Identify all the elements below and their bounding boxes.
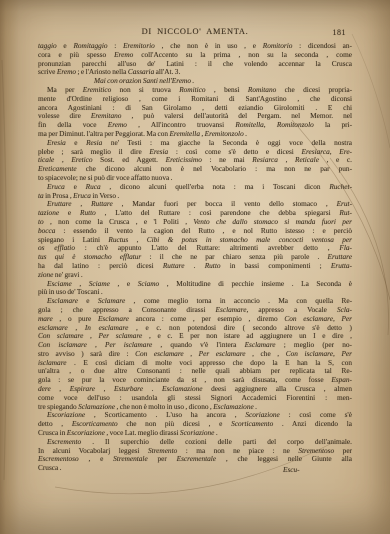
- text-line: Escrementoso , e Strementale per Escreme…: [38, 455, 352, 464]
- book-page-scan: DI NICCOLO' AMENTA. 181 taggio e Romitag…: [0, 0, 390, 534]
- page-header: DI NICCOLO' AMENTA. 181: [38, 27, 352, 39]
- paragraph: taggio e Romitaggio : Eremitorio , che n…: [38, 42, 352, 77]
- textblock: taggio e Romitaggio : Eremitorio , che n…: [38, 42, 352, 473]
- paragraph: Eruttare , Ruttare , Mandar fuori per bo…: [38, 200, 352, 279]
- paragraph: Esclamare e Sclamare , come meglio torna…: [38, 297, 352, 411]
- text-line: scrive Eremo ; e l'Ariosto nella Cassari…: [38, 68, 352, 77]
- catchword: Escu-: [283, 465, 300, 474]
- paragraph: Ma per Eremitico non si truova Romitico …: [38, 86, 352, 139]
- text-line: ha dal latino : perciò dicesi Ruttare . …: [38, 262, 352, 271]
- page-number: 181: [333, 28, 347, 37]
- running-title: DI NICCOLO' AMENTA.: [38, 27, 352, 36]
- paragraph: Esciame , Sciame , e Sciamo , Moltitudin…: [38, 280, 352, 298]
- paragraph: Eresia e Resia ne' Testi : ma giacche la…: [38, 139, 352, 183]
- paragraph: Eruca e Ruca , dicono alcuni quell'erba …: [38, 183, 352, 201]
- paragraph: Escremento . Il superchio delle cozioni …: [38, 438, 352, 473]
- paragraph: Escoriazione , Scorticamento . L'uso ha …: [38, 411, 352, 437]
- text-line: Crusca .: [38, 464, 352, 473]
